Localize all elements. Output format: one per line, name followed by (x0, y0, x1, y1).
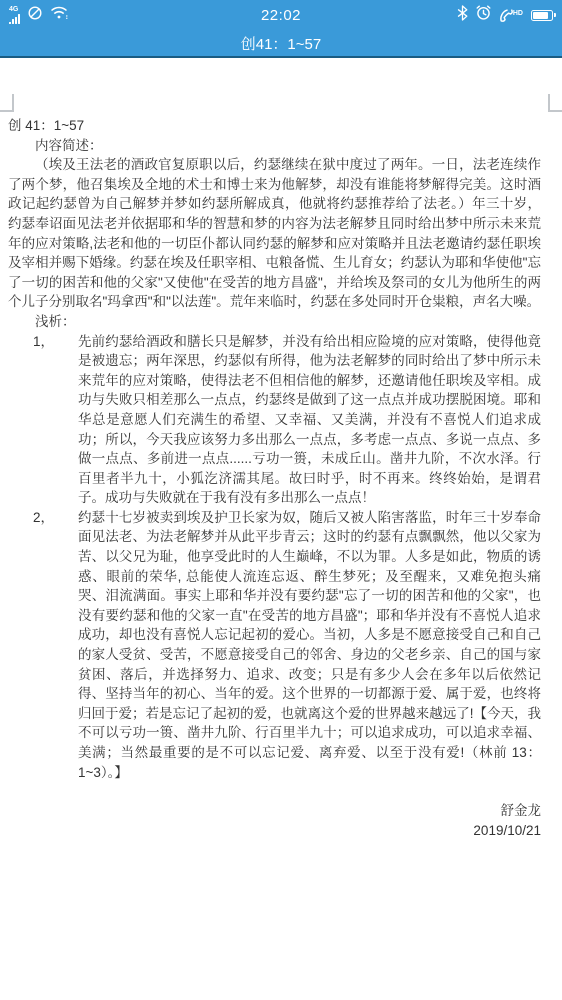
document-body: 创 41：1~57 内容简述： （埃及王法老的酒政官复原职以后，约瑟继续在狱中度… (0, 116, 562, 840)
item-number: 1， (33, 332, 54, 352)
doc-heading: 创 41：1~57 (8, 116, 541, 136)
page-corner-mark-left (0, 94, 14, 112)
item-number: 2， (33, 508, 54, 528)
summary-paragraph: （埃及王法老的酒政官复原职以后，约瑟继续在狱中度过了两年。一日，法老连续作了两个… (8, 155, 541, 312)
page-corner-mark-right (548, 94, 562, 112)
status-right-icons: HD (457, 4, 553, 26)
app-window: 4G 22:02 (0, 0, 562, 1000)
signature-block: 舒金龙 2019/10/21 (8, 801, 541, 840)
item-text: 先前约瑟给酒政和膳长只是解梦，并没有给出相应险境的应对策略，使得他竟是被遗忘；两… (78, 334, 541, 506)
analysis-item-1: 1， 先前约瑟给酒政和膳长只是解梦，并没有给出相应险境的应对策略，使得他竟是被遗… (8, 332, 541, 508)
item-text: 约瑟十七岁被卖到埃及护卫长家为奴，随后又被人陷害落监，时年三十岁奉命面见法老、为… (78, 510, 541, 780)
date: 2019/10/21 (8, 821, 541, 841)
section-label-analysis: 浅析： (8, 312, 541, 332)
author-signature: 舒金龙 (8, 801, 541, 821)
signal-strength-icon: 4G (9, 6, 20, 24)
alarm-clock-icon (475, 4, 492, 26)
page-title: 创41：1~57 (241, 33, 321, 54)
status-bar: 4G 22:02 (0, 0, 562, 30)
hd-call-icon: HD (499, 8, 524, 23)
analysis-item-2: 2， 约瑟十七岁被卖到埃及护卫长家为奴，随后又被人陷害落监，时年三十岁奉命面见法… (8, 508, 541, 782)
bluetooth-icon (457, 5, 468, 26)
status-left-icons: 4G (9, 5, 69, 26)
section-label-summary: 内容简述： (8, 136, 541, 156)
document-page[interactable]: 创 41：1~57 内容简述： （埃及王法老的酒政官复原职以后，约瑟继续在狱中度… (0, 58, 562, 1000)
network-type-label: 4G (9, 6, 18, 13)
wifi-icon (50, 5, 69, 25)
battery-icon (531, 10, 553, 21)
do-not-disturb-icon (27, 5, 43, 26)
hd-label: HD (513, 10, 523, 17)
nav-bar: 创41：1~57 (0, 30, 562, 58)
